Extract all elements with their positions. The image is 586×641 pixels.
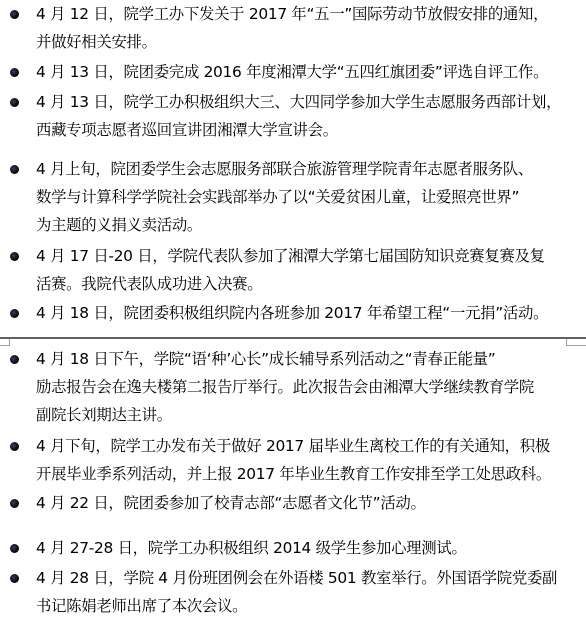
text-line: 4 月 12 日，院学工办下发关于 2017 年“五一”国际劳动节放假安排的通知… (36, 0, 576, 28)
text-line: 4 月 28 日，学院 4 月份班团例会在外语楼 501 教室举行。外国语学院党… (36, 564, 576, 592)
list-item-text: 4 月 22 日，院团委参加了校青志部“志愿者文化节”活动。 (36, 489, 576, 517)
list-item-text: 4 月下旬，院学工办发布关于做好 2017 届毕业生离校工作的有关通知，积极 开… (36, 432, 576, 488)
bullet-icon (10, 544, 19, 553)
text-line: 为主题的义捐义卖活动。 (36, 211, 576, 239)
list-item-text: 4 月上旬，院团委学生会志愿服务部联合旅游管理学院青年志愿者服务队、 数学与计算… (36, 155, 576, 239)
text-line: 4 月 18 日下午，学院“语‘种’心长”成长辅导系列活动之“青春正能量” (36, 345, 576, 373)
text-line: 4 月 27-28 日，院学工办积极组织 2014 级学生参加心理测试。 (36, 534, 576, 562)
text-line: 4 月上旬，院团委学生会志愿服务部联合旅游管理学院青年志愿者服务队、 (36, 155, 576, 183)
text-line: 书记陈娟老师出席了本次会议。 (36, 592, 576, 620)
bullet-icon (10, 68, 19, 77)
text-line: 励志报告会在逸夫楼第二报告厅举行。此次报告会由湘潭大学继续教育学院 (36, 373, 576, 401)
bullet-icon (10, 355, 19, 364)
bullet-icon (10, 309, 19, 318)
bullet-icon (10, 10, 19, 19)
bullet-icon (10, 574, 19, 583)
list-item-text: 4 月 17 日-20 日，学院代表队参加了湘潭大学第七届国防知识竞赛复赛及复 … (36, 242, 576, 298)
text-line: 活赛。我院代表队成功进入决赛。 (36, 270, 576, 298)
text-line: 副院长刘期达主讲。 (36, 401, 576, 429)
list-item-text: 4 月 18 日下午，学院“语‘种’心长”成长辅导系列活动之“青春正能量” 励志… (36, 345, 576, 429)
text-line: 4 月 13 日，院团委完成 2016 年度湘潭大学“五四红旗团委”评选自评工作… (36, 58, 576, 86)
text-line: 西藏专项志愿者巡回宣讲团湘潭大学宣讲会。 (36, 116, 576, 144)
text-line: 开展毕业季系列活动，并上报 2017 年毕业生教育工作安排至学工处思政科。 (36, 460, 576, 488)
list-item-text: 4 月 28 日，学院 4 月份班团例会在外语楼 501 教室举行。外国语学院党… (36, 564, 576, 620)
text-line: 并做好相关安排。 (36, 28, 576, 56)
text-line: 4 月 17 日-20 日，学院代表队参加了湘潭大学第七届国防知识竞赛复赛及复 (36, 242, 576, 270)
text-line: 4 月 22 日，院团委参加了校青志部“志愿者文化节”活动。 (36, 489, 576, 517)
text-line: 4 月 13 日，院学工办积极组织大三、大四同学参加大学生志愿服务西部计划， (36, 88, 576, 116)
text-line: 4 月下旬，院学工办发布关于做好 2017 届毕业生离校工作的有关通知，积极 (36, 432, 576, 460)
list-item-text: 4 月 13 日，院学工办积极组织大三、大四同学参加大学生志愿服务西部计划， 西… (36, 88, 576, 144)
bullet-icon (10, 165, 19, 174)
document-page-top: 4 月 12 日，院学工办下发关于 2017 年“五一”国际劳动节放假安排的通知… (0, 0, 586, 337)
list-item-text: 4 月 13 日，院团委完成 2016 年度湘潭大学“五四红旗团委”评选自评工作… (36, 58, 576, 86)
text-line: 数学与计算科学学院社会实践部举办了以“关爱贫困儿童，让爱照亮世界” (36, 183, 576, 211)
bullet-icon (10, 499, 19, 508)
list-item-text: 4 月 27-28 日，院学工办积极组织 2014 级学生参加心理测试。 (36, 534, 576, 562)
bullet-icon (10, 98, 19, 107)
bullet-icon (10, 252, 19, 261)
document-page-bottom: 4 月 18 日下午，学院“语‘种’心长”成长辅导系列活动之“青春正能量” 励志… (0, 339, 586, 641)
bullet-icon (10, 442, 19, 451)
list-item-text: 4 月 18 日，院团委积极组织院内各班参加 2017 年希望工程“一元捐”活动… (36, 299, 576, 327)
list-item-text: 4 月 12 日，院学工办下发关于 2017 年“五一”国际劳动节放假安排的通知… (36, 0, 576, 56)
text-line: 4 月 18 日，院团委积极组织院内各班参加 2017 年希望工程“一元捐”活动… (36, 299, 576, 327)
